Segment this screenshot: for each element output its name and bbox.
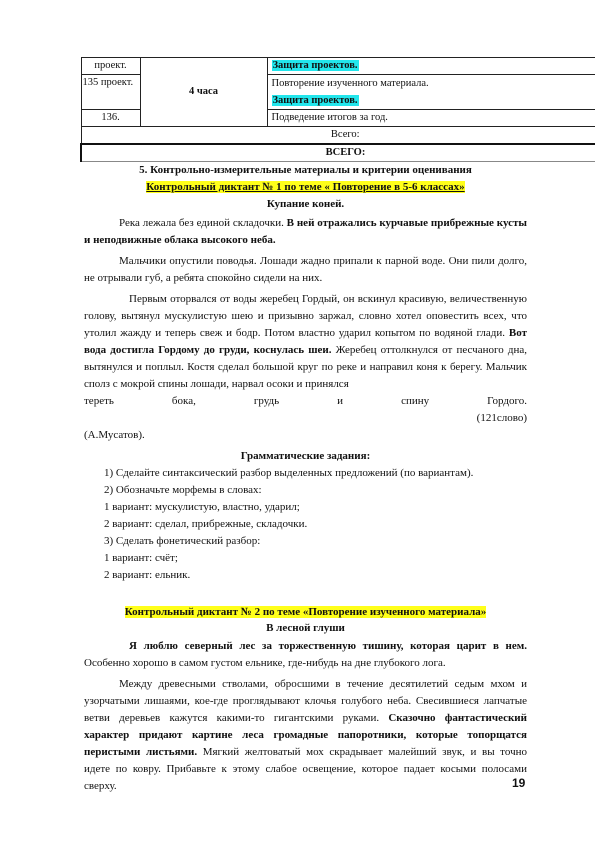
lesson-number-cell: 136. <box>81 110 140 127</box>
task-item: 2 вариант: сделал, прибрежные, складочки… <box>84 516 527 533</box>
topic-line: Повторение изученного материала. <box>272 75 595 92</box>
parse-sentence-3: Я люблю северный лес за торжественную ти… <box>129 640 527 652</box>
lesson-number-cell: проект. <box>81 58 140 75</box>
task-item: 2) Обозначьте морфемы в словах: <box>84 482 527 499</box>
dictation1-title: Купание коней. <box>84 196 527 213</box>
task-item: 1 вариант: мускулистую, властно, ударил; <box>84 499 527 516</box>
dictation2-heading-wrap: Контрольный диктант № 2 по теме «Повторе… <box>84 604 527 621</box>
task-item: 1 вариант: счёт; <box>84 550 527 567</box>
author: (А.Мусатов). <box>84 427 527 444</box>
tasks-title: Грамматические задания: <box>84 448 527 465</box>
dictation2-title: В лесной глуши <box>84 621 527 635</box>
page-number: 19 <box>512 776 525 790</box>
task-item: 1) Сделайте синтаксический разбор выделе… <box>84 465 527 482</box>
hours-cell: 4 часа <box>140 58 267 127</box>
word-count: (121слово) <box>84 410 527 427</box>
section-title: 5. Контрольно-измерительные материалы и … <box>84 162 527 179</box>
dictation1-paragraph-1: Река лежала без единой складочки. В ней … <box>84 215 527 249</box>
document-body: 5. Контрольно-измерительные материалы и … <box>84 160 527 795</box>
curriculum-table: проект. 4 часа Защита проектов. 135 прое… <box>80 57 595 162</box>
dictation2-paragraph-1: Я люблю северный лес за торжественную ти… <box>84 638 527 672</box>
highlighted-topic: Защита проектов. <box>272 60 359 71</box>
dictation2-heading: Контрольный диктант № 2 по теме «Повторе… <box>125 606 487 618</box>
dictation2-paragraph-2: Между древесными стволами, обросшими в т… <box>84 676 527 795</box>
topic-cell: Повторение изученного материала. Защита … <box>267 75 595 110</box>
grand-total-label: ВСЕГО: <box>81 144 595 162</box>
topic-cell: Защита проектов. <box>267 58 595 75</box>
task-item: 2 вариант: ельник. <box>84 567 527 584</box>
dictation1-heading-wrap: Контрольный диктант № 1 по теме « Повтор… <box>84 179 527 196</box>
dictation1-last-line: тереть бока, грудь и спину Гордого. <box>84 393 527 410</box>
lesson-number-cell: 135 проект. <box>81 75 140 110</box>
topic-cell: Подведение итогов за год. <box>267 110 595 127</box>
task-item: 3) Сделать фонетический разбор: <box>84 533 527 550</box>
total-label: Всего: <box>81 127 595 145</box>
highlighted-topic: Защита проектов. <box>272 95 359 106</box>
table-row-grand-total: ВСЕГО: <box>81 144 595 162</box>
table-row-total: Всего: <box>81 127 595 145</box>
dictation1-paragraph-2: Мальчики опустили поводья. Лошади жадно … <box>84 253 527 287</box>
table-row: проект. 4 часа Защита проектов. <box>81 58 595 75</box>
dictation1-paragraph-3: Первым оторвался от воды жеребец Гордый,… <box>84 291 527 393</box>
dictation1-heading: Контрольный диктант № 1 по теме « Повтор… <box>146 181 464 193</box>
